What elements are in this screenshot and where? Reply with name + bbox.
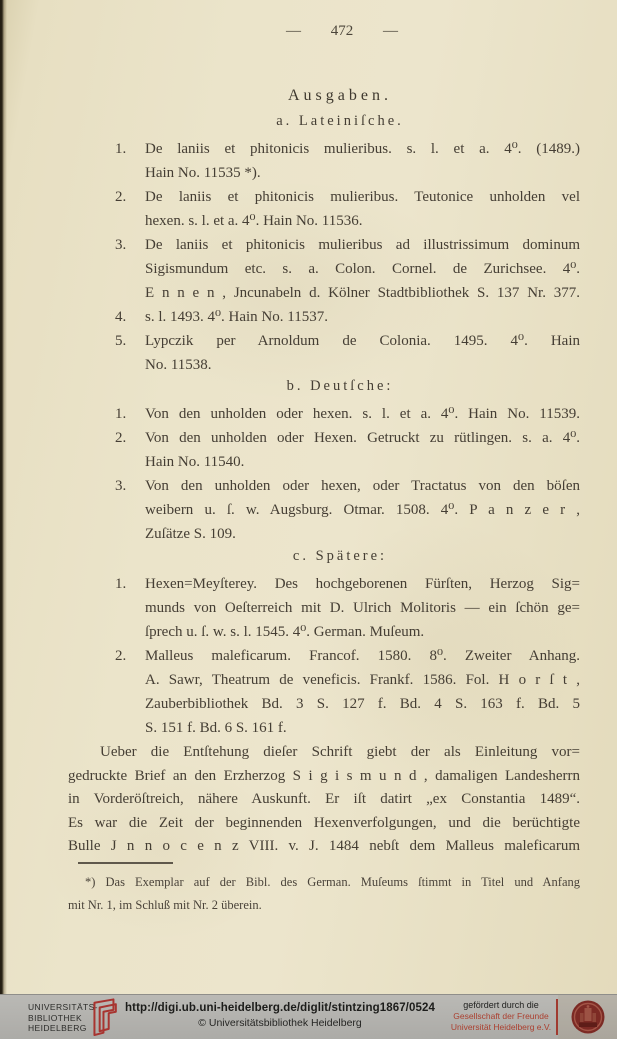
bib-entry-line: Hexen=Meyſterey. Des hochgeborenen Fürſt… (145, 572, 580, 596)
bib-entry-line: A. Sawr, Theatrum de veneficis. Frankf. … (145, 668, 580, 692)
bib-entry: 4. s. l. 1493. 4⁰. Hain No. 11537. (68, 305, 580, 329)
bib-entry: 1. De laniis et phitonicis mulieribus. s… (68, 137, 580, 185)
bib-entry-line: Hain No. 11535 *). (145, 161, 580, 185)
section-heading-latin: a. Lateiniſche. (84, 112, 596, 131)
bib-entry-number: 1. (115, 137, 145, 185)
bib-entry: 3. De laniis et phitonicis mulieribus ad… (68, 233, 580, 305)
bib-entry-line: S. 151 f. Bd. 6 S. 161 f. (145, 716, 580, 740)
bib-entry: 5. Lypczik per Arnoldum de Colonia. 1495… (68, 329, 580, 377)
bib-entry-number: 3. (115, 233, 145, 305)
bib-entry: 2. De laniis et phitonicis mulieribus. T… (68, 185, 580, 233)
bib-entry: 2. Von den unholden oder Hexen. Getruckt… (68, 426, 580, 474)
library-banner: UNIVERSITÄTS- BIBLIOTHEK HEIDELBERG http… (0, 994, 617, 1039)
bib-entry-line: weibern u. ſ. w. Augsburg. Otmar. 1508. … (145, 498, 580, 522)
page-number-dash-right: — (383, 23, 398, 39)
page-number-value: 472 (331, 23, 354, 39)
funding-line: Universität Heidelberg e.V. (448, 1022, 554, 1033)
page-number-dash-left: — (286, 23, 301, 39)
bib-entry-line: E n n e n , Jncunabeln d. Kölner Stadtbi… (145, 281, 580, 305)
funding-line: gefördert durch die (448, 1000, 554, 1011)
section-heading-later: c. Spätere: (84, 547, 596, 566)
bib-entry-number: 1. (115, 572, 145, 644)
bib-entry-line: Von den unholden oder Hexen. Getruckt zu… (145, 426, 580, 450)
bib-entry-line: munds von Oeſterreich mit D. Ulrich Moli… (145, 596, 580, 620)
bib-entry: 1. Hexen=Meyſterey. Des hochgeborenen Fü… (68, 572, 580, 644)
banner-divider (556, 999, 558, 1035)
footnote-rule (78, 862, 173, 864)
digitized-page-url: http://digi.ub.uni-heidelberg.de/diglit/… (95, 1002, 465, 1014)
bibliography-title: Ausgaben. (84, 86, 596, 106)
scanned-page: — 472 — Ausgaben. a. Lateiniſche. 1. De … (0, 0, 617, 1039)
footnote-line: mit Nr. 1, im Schluß mit Nr. 2 überein. (68, 894, 580, 917)
bib-entry-line: Von den unholden oder hexen, oder Tracta… (145, 474, 580, 498)
latin-entries-list: 1. De laniis et phitonicis mulieribus. s… (68, 137, 580, 377)
bib-entry: 1. Von den unholden oder hexen. s. l. et… (68, 402, 580, 426)
bib-entry-number: 3. (115, 474, 145, 546)
university-seal-icon (570, 999, 606, 1039)
banner-center: http://digi.ub.uni-heidelberg.de/diglit/… (95, 1002, 465, 1029)
scan-left-edge (0, 0, 7, 995)
bib-entry-line: De laniis et phitonicis mulieribus. s. l… (145, 137, 580, 161)
bib-entry: 3. Von den unholden oder hexen, oder Tra… (68, 474, 580, 546)
bib-entry-line: Lypczik per Arnoldum de Colonia. 1495. 4… (145, 329, 580, 353)
footnote: *) Das Exemplar auf der Bibl. des German… (68, 871, 580, 917)
paragraph-line: Ueber die Entſtehung dieſer Schrift gieb… (68, 741, 580, 765)
funding-line: Gesellschaft der Freunde (448, 1011, 554, 1022)
paragraph-line: Es war die Zeit der beginnenden Hexenver… (68, 812, 580, 836)
paragraph-line: Bulle J n n o c e n z VIII. v. J. 1484 n… (68, 835, 580, 859)
bib-entry-number: 1. (115, 402, 145, 426)
copyright-notice: © Universitätsbibliothek Heidelberg (95, 1017, 465, 1029)
bib-entry-line: Von den unholden oder hexen. s. l. et a.… (145, 402, 580, 426)
body-paragraph: Ueber die Entſtehung dieſer Schrift gieb… (68, 741, 580, 859)
bib-entry-line: De laniis et phitonicis mulieribus ad il… (145, 233, 580, 257)
page-number: — 472 — (86, 22, 598, 40)
paragraph-line: in Vorderöſtreich, nähere Auskunft. Er i… (68, 788, 580, 812)
bib-entry-line: De laniis et phitonicis mulieribus. Teut… (145, 185, 580, 209)
bib-entry-line: Zauberbibliothek Bd. 3 S. 127 f. Bd. 4 S… (145, 692, 580, 716)
funding-credit: gefördert durch die Gesellschaft der Fre… (448, 1000, 554, 1033)
bib-entry-number: 5. (115, 329, 145, 377)
bib-entry-line: Sigismundum etc. s. a. Colon. Cornel. de… (145, 257, 580, 281)
bib-entry: 2. Malleus maleficarum. Francof. 1580. 8… (68, 644, 580, 740)
bib-entry-line: hexen. s. l. et a. 4⁰. Hain No. 11536. (145, 209, 580, 233)
bib-entry-line: ſprech u. ſ. w. s. l. 1545. 4⁰. German. … (145, 620, 580, 644)
paragraph-line: gedruckte Brief an den Erzherzog S i g i… (68, 765, 580, 789)
bib-entry-line: Zuſätze S. 109. (145, 522, 580, 546)
bib-entry-line: Hain No. 11540. (145, 450, 580, 474)
section-heading-german: b. Deutſche: (84, 377, 596, 396)
later-entries-list: 1. Hexen=Meyſterey. Des hochgeborenen Fü… (68, 572, 580, 740)
bib-entry-number: 2. (115, 644, 145, 740)
bib-entry-number: 2. (115, 426, 145, 474)
german-entries-list: 1. Von den unholden oder hexen. s. l. et… (68, 402, 580, 546)
bib-entry-number: 4. (115, 305, 145, 329)
bib-entry-number: 2. (115, 185, 145, 233)
bib-entry-line: s. l. 1493. 4⁰. Hain No. 11537. (145, 305, 580, 329)
page-content: — 472 — Ausgaben. a. Lateiniſche. 1. De … (68, 0, 580, 917)
footnote-line: *) Das Exemplar auf der Bibl. des German… (68, 871, 580, 894)
bib-entry-line: No. 11538. (145, 353, 580, 377)
bib-entry-line: Malleus maleficarum. Francof. 1580. 8⁰. … (145, 644, 580, 668)
